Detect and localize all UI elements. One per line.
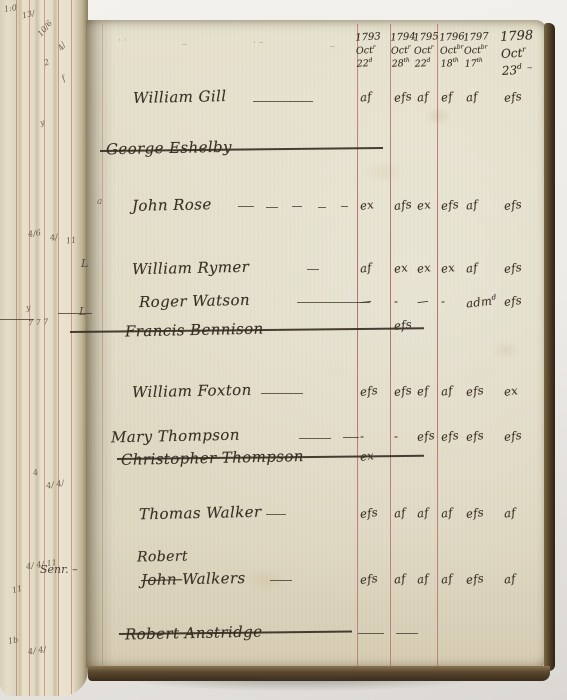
row-name-william-rymer: William Rymer [132,258,250,278]
ink-dash [343,437,359,438]
attendance-mark: af [440,383,453,398]
date-column-1797: 1797Octbr17th [463,31,490,70]
attendance-mark: af [416,571,429,586]
attendance-mark: ex [359,448,375,464]
attendance-mark: ex [416,260,432,276]
text-run: d [368,58,372,64]
attendance-mark: efs [503,197,522,213]
text-run: br [457,44,464,50]
date-column-1793: 1793Octr22d [355,31,382,70]
ink-dash [299,438,331,439]
text-run: br [481,44,488,50]
text-run: d [426,58,430,64]
name-part: Thomas Walker [139,503,262,524]
text-run: 28 [391,58,404,70]
ink-dash [238,206,254,207]
ink-dash [318,207,326,208]
text-run: Oct [501,46,523,61]
ink-dash [341,206,348,207]
attendance-mark: af [416,89,429,104]
attendance-mark: ef [440,89,453,104]
attendance-mark: af [440,505,453,520]
attendance-mark: ex [359,197,375,213]
attendance-mark: ex [416,197,432,213]
date-month: Octbr [440,42,466,56]
date-day: 18th [440,55,466,69]
red-margin-rule [102,24,103,666]
margin-note: – [182,39,187,50]
text-run: r [522,45,526,54]
attendance-mark: af [359,260,372,275]
attendance-mark: af [440,571,453,586]
text-run: adm [465,294,493,311]
date-column-1795: 1795Octr22d [413,31,440,70]
attendance-mark: efs [503,293,522,309]
attendance-mark: efs [503,428,522,444]
margin-note: L [79,305,86,318]
attendance-mark: ex [503,383,519,399]
text-run: 22 [414,58,427,70]
name-part: William Foxton [132,381,252,402]
attendance-mark: efs [465,571,484,587]
red-rule-line [357,24,358,666]
attendance-mark: af [503,505,516,520]
text-run: 23 [502,63,518,78]
attendance-mark: - [359,429,365,443]
ink-line [0,319,34,320]
margin-note: – [330,41,335,52]
ink-dash [297,302,370,303]
attendance-mark: — [359,293,372,308]
attendance-mark: efs [393,383,412,399]
name-part: William Rymer [132,258,250,278]
attendance-mark: ex [440,260,456,276]
name-part: John Rose [132,195,212,215]
name-part: Mary Thompson [111,426,240,447]
row-name-thomas-walker: Thomas Walker [139,503,262,524]
row-name-john-rose: John Rose [132,195,212,215]
attendance-mark: af [416,505,429,520]
attendance-mark: - [393,429,399,443]
attendance-mark: ef [416,383,429,398]
date-month: Octr [500,42,534,61]
row-name-william-foxton: William Foxton [132,381,252,402]
attendance-mark: efs [440,197,459,213]
date-year: 1798 [500,29,534,44]
attendance-mark: admd [465,292,497,310]
margin-note: L [81,257,88,270]
attendance-mark: af [465,197,478,212]
date-day: 22d [414,55,440,69]
text-run: 22 [356,58,369,70]
row-name-john-walkers: John Walkers [141,569,246,589]
attendance-mark: af [393,571,406,586]
margin-note: · – [253,38,263,48]
attendance-mark: efs [465,428,484,444]
text-run: 18 [440,58,453,70]
attendance-mark: efs [503,260,522,276]
ink-dash [253,101,313,102]
ink-dash [307,269,319,270]
text-run: th [476,58,482,64]
page-content-layer: 1793Octr22d1794Octr28th1795Octr22d1796Oc… [0,0,567,700]
row-name-roger-watson: Roger Watson [139,291,250,311]
attendance-mark: efs [465,505,484,521]
ink-dash [396,633,418,634]
attendance-mark: efs [393,317,412,333]
margin-note: a [97,197,102,207]
attendance-mark: af [465,89,478,104]
text-run: r [373,45,376,51]
margin-note: – [527,61,533,74]
row-name-mary-thompson: Mary Thompson [111,426,240,447]
attendance-mark: af [465,260,478,275]
text-run: d [517,62,522,71]
attendance-mark: efs [465,383,484,399]
attendance-mark: efs [359,383,378,399]
attendance-mark: af [359,89,372,104]
attendance-mark: efs [503,89,522,105]
date-month: Octbr [464,42,490,56]
name-part: Walkers [182,569,246,588]
attendance-mark: efs [416,428,435,444]
text-run: r [431,45,434,51]
ink-dash [292,206,302,207]
attendance-mark: af [393,505,406,520]
date-day: 17th [464,55,490,69]
red-rule-line [390,24,391,666]
attendance-mark: efs [440,428,459,444]
text-run: th [403,58,409,64]
margin-note: Senr. – [40,563,78,576]
attendance-mark: — [416,293,429,308]
name-part: Robert [137,548,188,565]
attendance-mark: efs [359,505,378,521]
photographed-ledger-book: 1:013/10/64/2fy4/64/11y7 7 744/ 4/4/ 4/ … [0,0,567,700]
ink-dash [266,207,278,208]
ink-line [58,313,92,314]
row-name-william-gill: William Gill [133,87,227,107]
name-part: William Gill [133,87,227,107]
margin-note: · · [118,36,127,46]
row-name-robert: Robert [137,548,188,565]
text-run: 17 [464,58,477,70]
ink-dash [261,393,303,394]
text-run: th [452,58,458,64]
ink-dash [266,514,286,515]
text-run: d [491,292,497,302]
text-run: r [408,45,411,51]
attendance-mark: efs [393,89,412,105]
date-year: 1795 [413,31,439,43]
attendance-mark: efs [359,571,378,587]
attendance-mark: afs [393,197,412,213]
attendance-mark: ex [393,260,409,276]
ink-dash [270,580,292,581]
name-part: Roger Watson [139,291,250,311]
date-year: 1793 [355,31,381,43]
name-part: John [141,570,183,589]
date-day: 22d [356,55,382,69]
ink-dash [358,633,384,634]
attendance-mark: - [440,294,446,308]
attendance-mark: - [393,294,399,308]
attendance-mark: af [503,571,516,586]
red-rule-line [437,24,438,666]
